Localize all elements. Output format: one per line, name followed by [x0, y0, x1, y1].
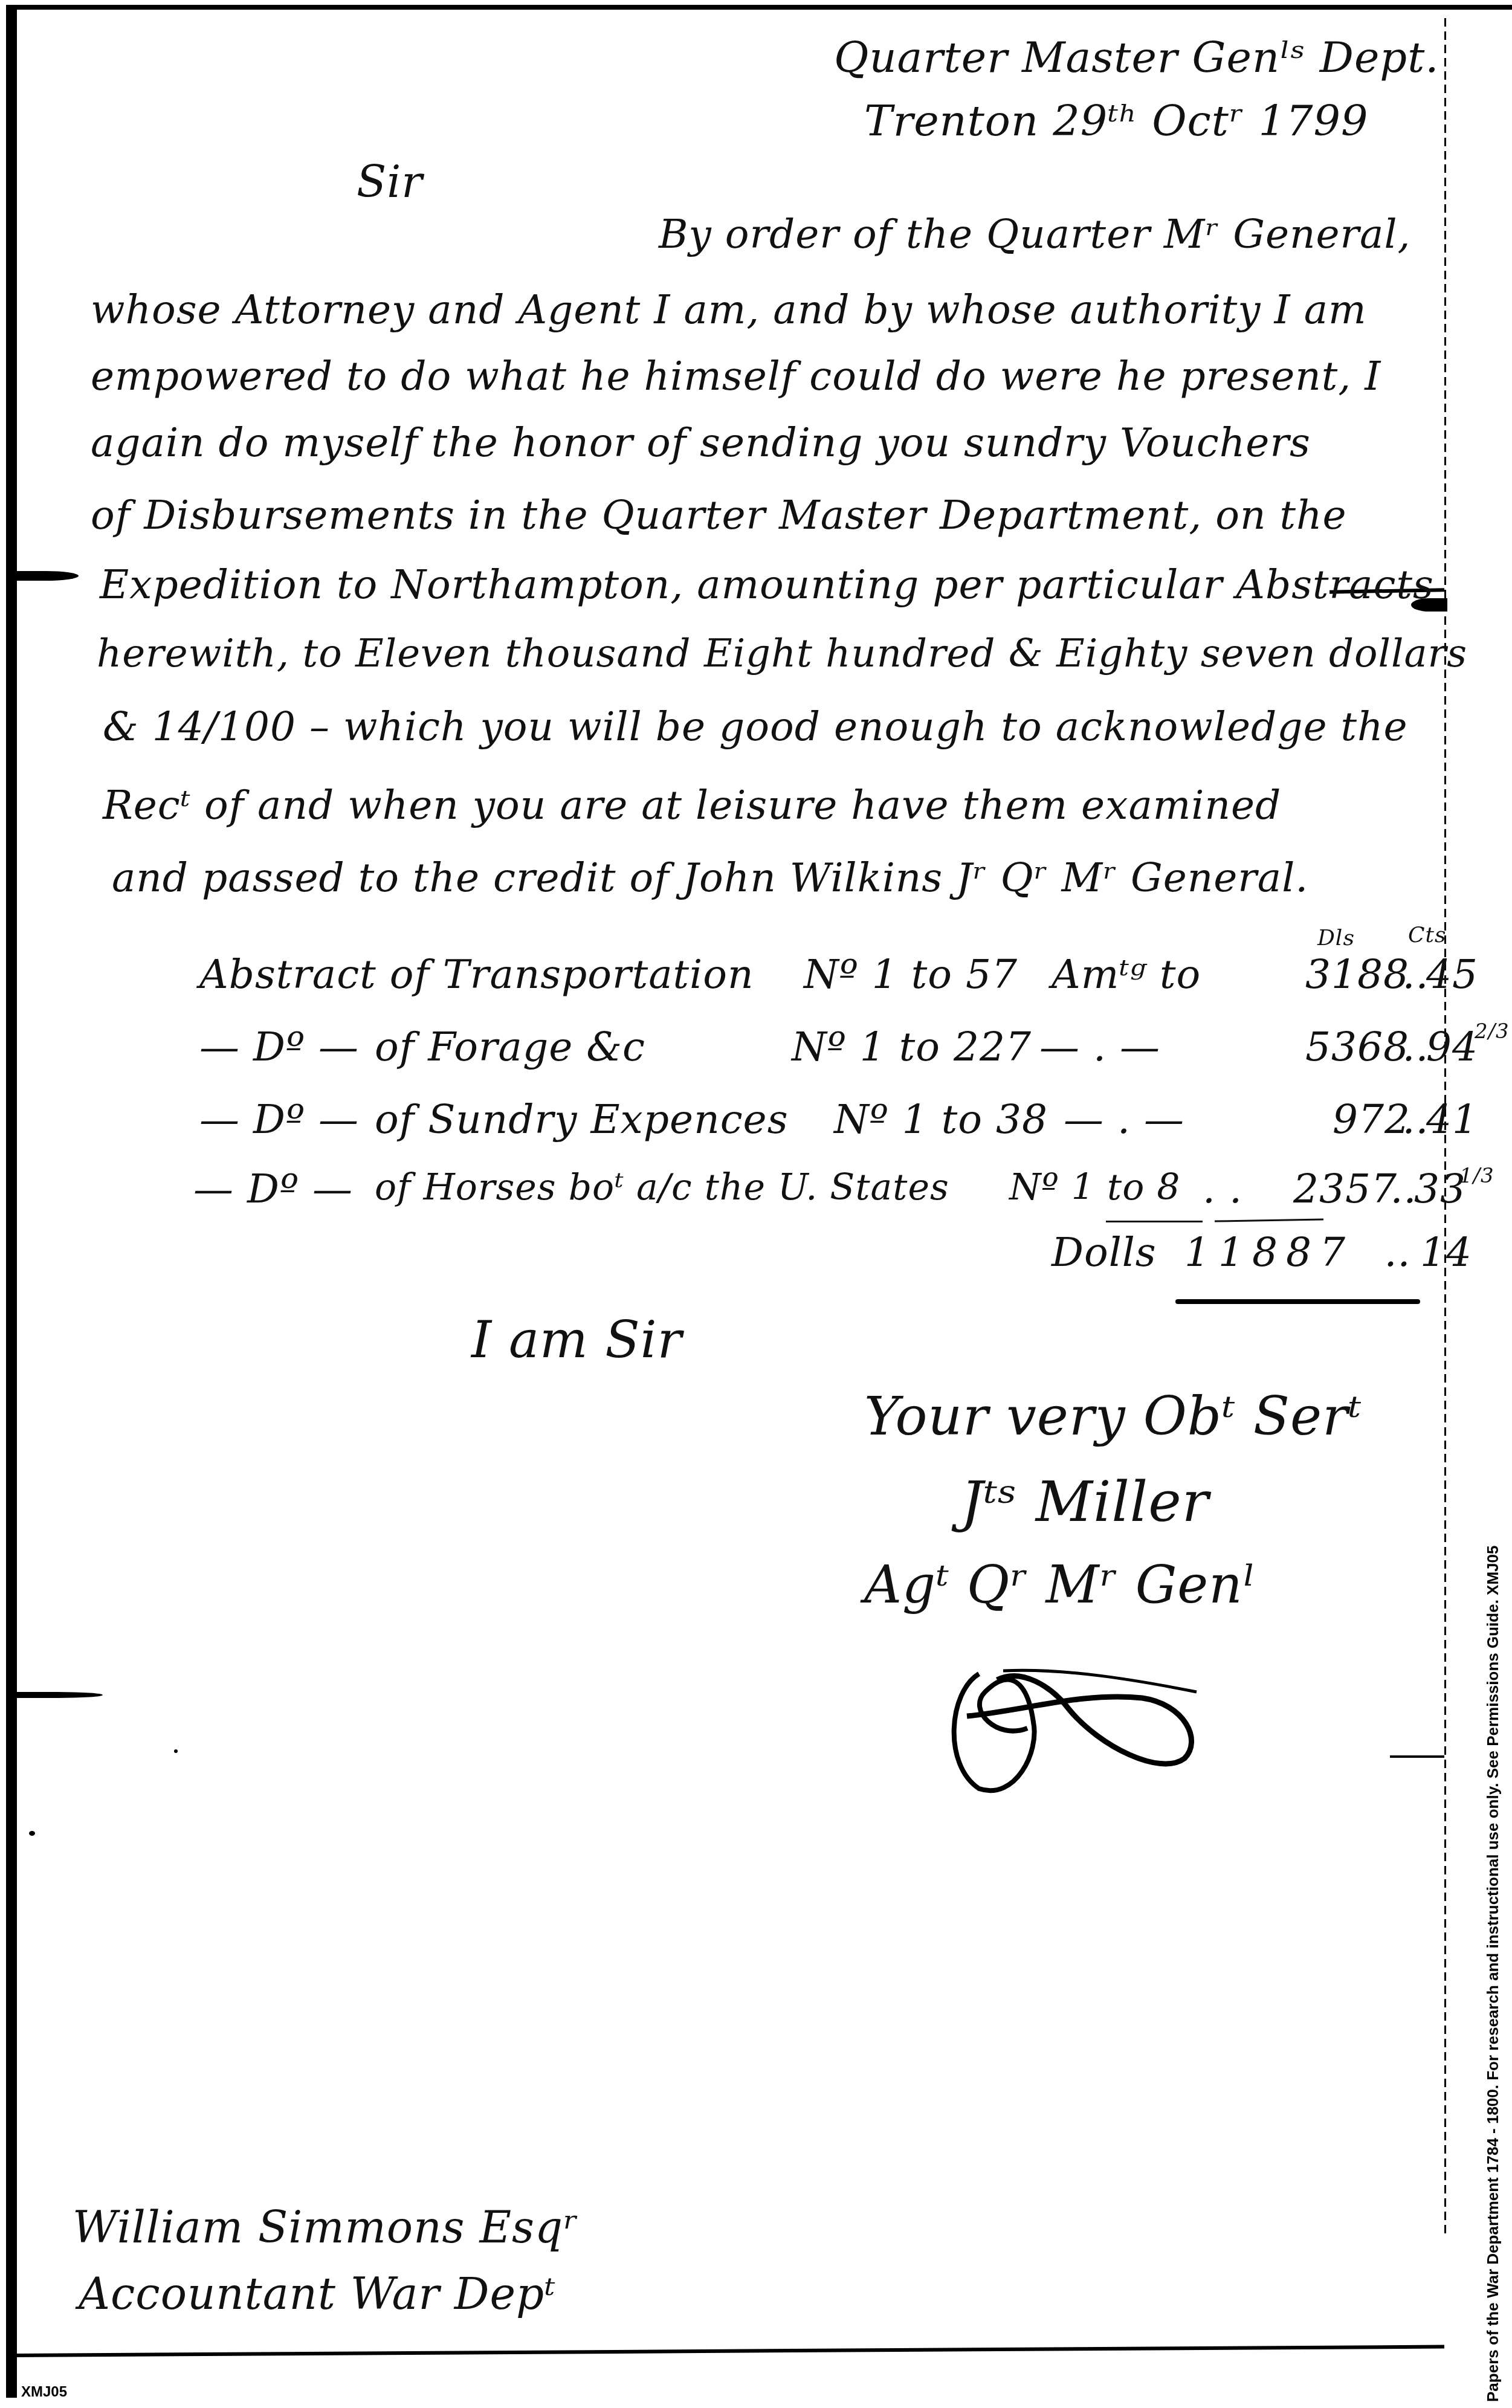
signature: Jᵗˢ Miller: [961, 1474, 1209, 1530]
abstract-connector: — . —: [1039, 1027, 1160, 1067]
letter-header-department: Quarter Master Genˡˢ Dept.: [834, 36, 1439, 79]
abstract-row: Abstract of Transportation Nº 1 to 57 Am…: [181, 955, 1438, 1003]
abstract-row: — Dº — of Sundry Expences Nº 1 to 38 — .…: [181, 1100, 1438, 1148]
abstract-connector: . .: [1203, 1169, 1242, 1209]
body-line: empowered to do what he himself could do…: [91, 357, 1381, 396]
fold-mark: [12, 1692, 103, 1698]
abstract-cents: 41: [1426, 1100, 1478, 1140]
abstract-separator: ‥: [1384, 1233, 1411, 1273]
total-label: Dolls: [1052, 1233, 1157, 1273]
ditto-mark: — Dº —: [199, 1027, 359, 1067]
abstract-voucher-numbers: Nº 1 to 38: [834, 1100, 1048, 1140]
abstract-cents: 94: [1426, 1027, 1478, 1067]
valediction: Your very Obᵗ Serᵗ: [864, 1390, 1362, 1443]
sum-rule: [1106, 1221, 1203, 1222]
closing: I am Sir: [471, 1314, 682, 1365]
abstract-description: of Horses boᵗ a/c the U. States: [375, 1169, 949, 1206]
page-edge-bottom: [12, 2345, 1444, 2357]
column-header-cents: Cts: [1408, 925, 1447, 946]
addressee-name: William Simmons Esqʳ: [73, 2206, 579, 2249]
abstract-separator: ‥: [1390, 1169, 1417, 1209]
page-edge-left: [6, 5, 17, 2398]
abstract-dollars: 3188: [1305, 955, 1409, 995]
abstract-dollars: 972: [1333, 1100, 1410, 1140]
column-header-dollars: Dls: [1317, 928, 1355, 949]
abstract-connector: — . —: [1064, 1100, 1184, 1140]
ink-speck: [29, 1831, 35, 1836]
total-dollars: 11887: [1184, 1233, 1354, 1273]
signature-title: Agᵗ Qʳ Mʳ Genˡ: [864, 1559, 1256, 1611]
body-line: and passed to the credit of John Wilkins…: [112, 858, 1308, 898]
abstract-separator: ‥: [1402, 1100, 1429, 1140]
abstract-description: of Forage &c: [375, 1027, 645, 1067]
abstract-dollars: 2357: [1293, 1169, 1397, 1209]
ditto-mark: — Dº —: [193, 1169, 353, 1209]
abstract-separator: ‥: [1402, 1027, 1429, 1067]
archive-side-notice: Papers of the War Department 1784 - 1800…: [1484, 1546, 1502, 2403]
abstract-connector: Amᵗᵍ to: [1052, 955, 1201, 995]
sum-rule: [1215, 1218, 1323, 1222]
body-line: & 14/100 – which you will be good enough…: [103, 707, 1408, 747]
letter-header-place-date: Trenton 29ᵗʰ Octʳ 1799: [864, 100, 1369, 142]
body-line: Expedition to Northampton, amounting per…: [100, 565, 1434, 605]
abstract-fraction: 2/3: [1475, 1021, 1510, 1042]
archive-id-label: XMJ05: [21, 2384, 67, 2401]
body-line: herewith, to Eleven thousand Eight hundr…: [97, 634, 1467, 673]
abstract-row: — Dº — of Horses boᵗ a/c the U. States N…: [181, 1169, 1438, 1218]
abstract-cents: 33: [1414, 1169, 1466, 1209]
body-line: of Disbursements in the Quarter Master D…: [91, 495, 1347, 535]
abstract-cents: 45: [1426, 955, 1478, 995]
addressee-title: Accountant War Depᵗ: [79, 2272, 556, 2316]
salutation: Sir: [357, 160, 423, 204]
abstract-fraction: 1/3: [1459, 1166, 1494, 1186]
abstract-voucher-numbers: Nº 1 to 227: [792, 1027, 1032, 1067]
abstract-row: — Dº — of Forage &c Nº 1 to 227 — . — 53…: [181, 1027, 1438, 1076]
abstract-voucher-numbers: Nº 1 to 8: [1009, 1169, 1181, 1206]
body-line: Recᵗ of and when you are at leisure have…: [103, 786, 1281, 825]
abstract-separator: ‥: [1402, 955, 1429, 995]
body-line: again do myself the honor of sending you…: [91, 423, 1311, 463]
total-cents: 14: [1420, 1233, 1472, 1273]
ditto-mark: — Dº —: [199, 1100, 359, 1140]
signature-flourish-icon: [943, 1656, 1257, 1795]
body-line: whose Attorney and Agent I am, and by wh…: [91, 290, 1367, 330]
total-underline: [1175, 1299, 1420, 1304]
abstract-total-row: Dolls 11887 ‥ 14: [181, 1233, 1438, 1281]
body-line: By order of the Quarter Mʳ General,: [659, 215, 1411, 254]
abstract-dollars: 5368: [1305, 1027, 1409, 1067]
fold-mark: [12, 571, 79, 581]
fold-mark: [1390, 1755, 1444, 1758]
abstract-description: Abstract of Transportation: [199, 955, 754, 995]
ink-speck: [174, 1749, 178, 1753]
abstract-description: of Sundry Expences: [375, 1100, 789, 1140]
abstract-voucher-numbers: Nº 1 to 57: [804, 955, 1018, 995]
page-edge-top: [6, 5, 1512, 10]
